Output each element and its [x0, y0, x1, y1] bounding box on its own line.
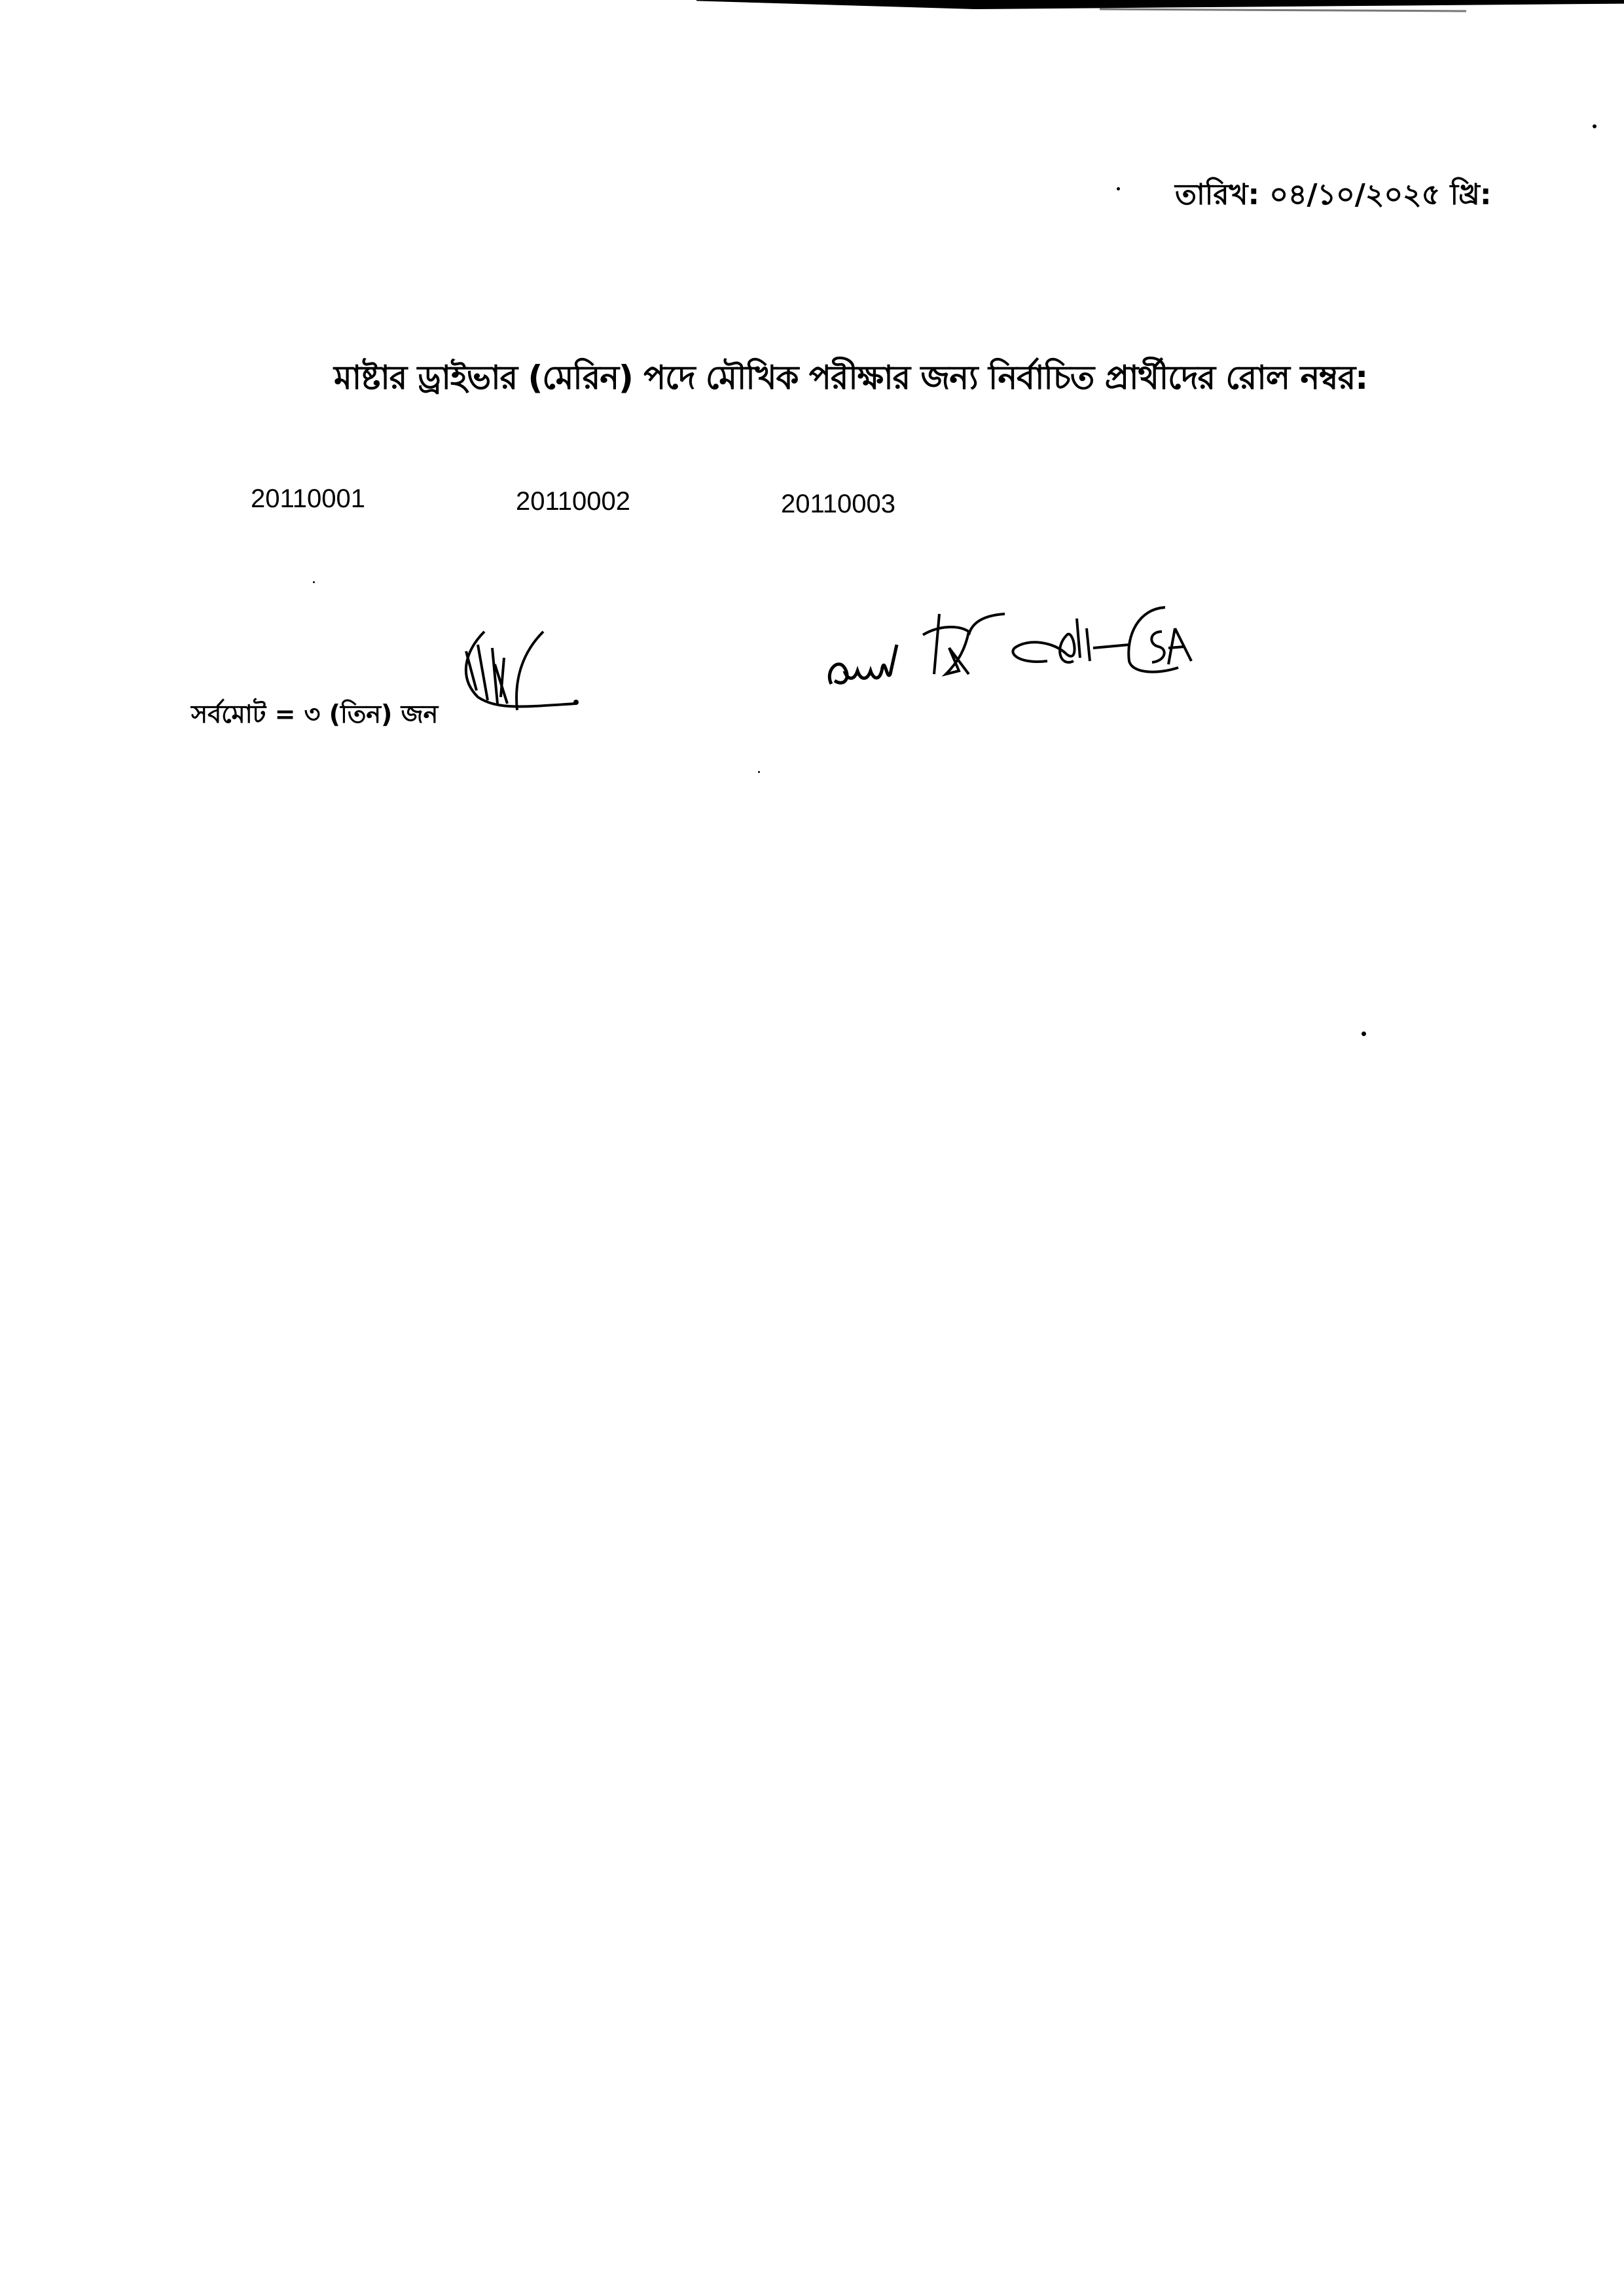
signature-1: [452, 625, 583, 719]
scan-speck: [1117, 187, 1120, 190]
roll-number-list: 20110001 20110002 20110003: [251, 484, 1036, 543]
signature-2: [825, 632, 903, 693]
scan-edge-artifact: [696, 0, 1624, 9]
roll-number: 20110001: [251, 484, 365, 514]
scan-speck: [758, 771, 760, 773]
roll-number: 20110002: [516, 487, 630, 516]
total-count: সর্বমোট = ৩ (তিন) জন: [191, 695, 438, 737]
scan-speck: [1593, 124, 1597, 128]
scan-speck: [313, 581, 315, 583]
document-heading: মাষ্টার ড্রাইভার (মেরিন) পদে মৌখিক পরীক্…: [334, 353, 1322, 408]
roll-number: 20110003: [781, 490, 895, 519]
signature-5: [1113, 602, 1198, 683]
scan-edge-artifact-thin: [1100, 9, 1466, 12]
document-date: তারিখ: ০৪/১০/২০২৫ খ্রি:: [1175, 173, 1491, 221]
signature-3: [920, 609, 1011, 683]
scan-speck: [1362, 1031, 1366, 1036]
